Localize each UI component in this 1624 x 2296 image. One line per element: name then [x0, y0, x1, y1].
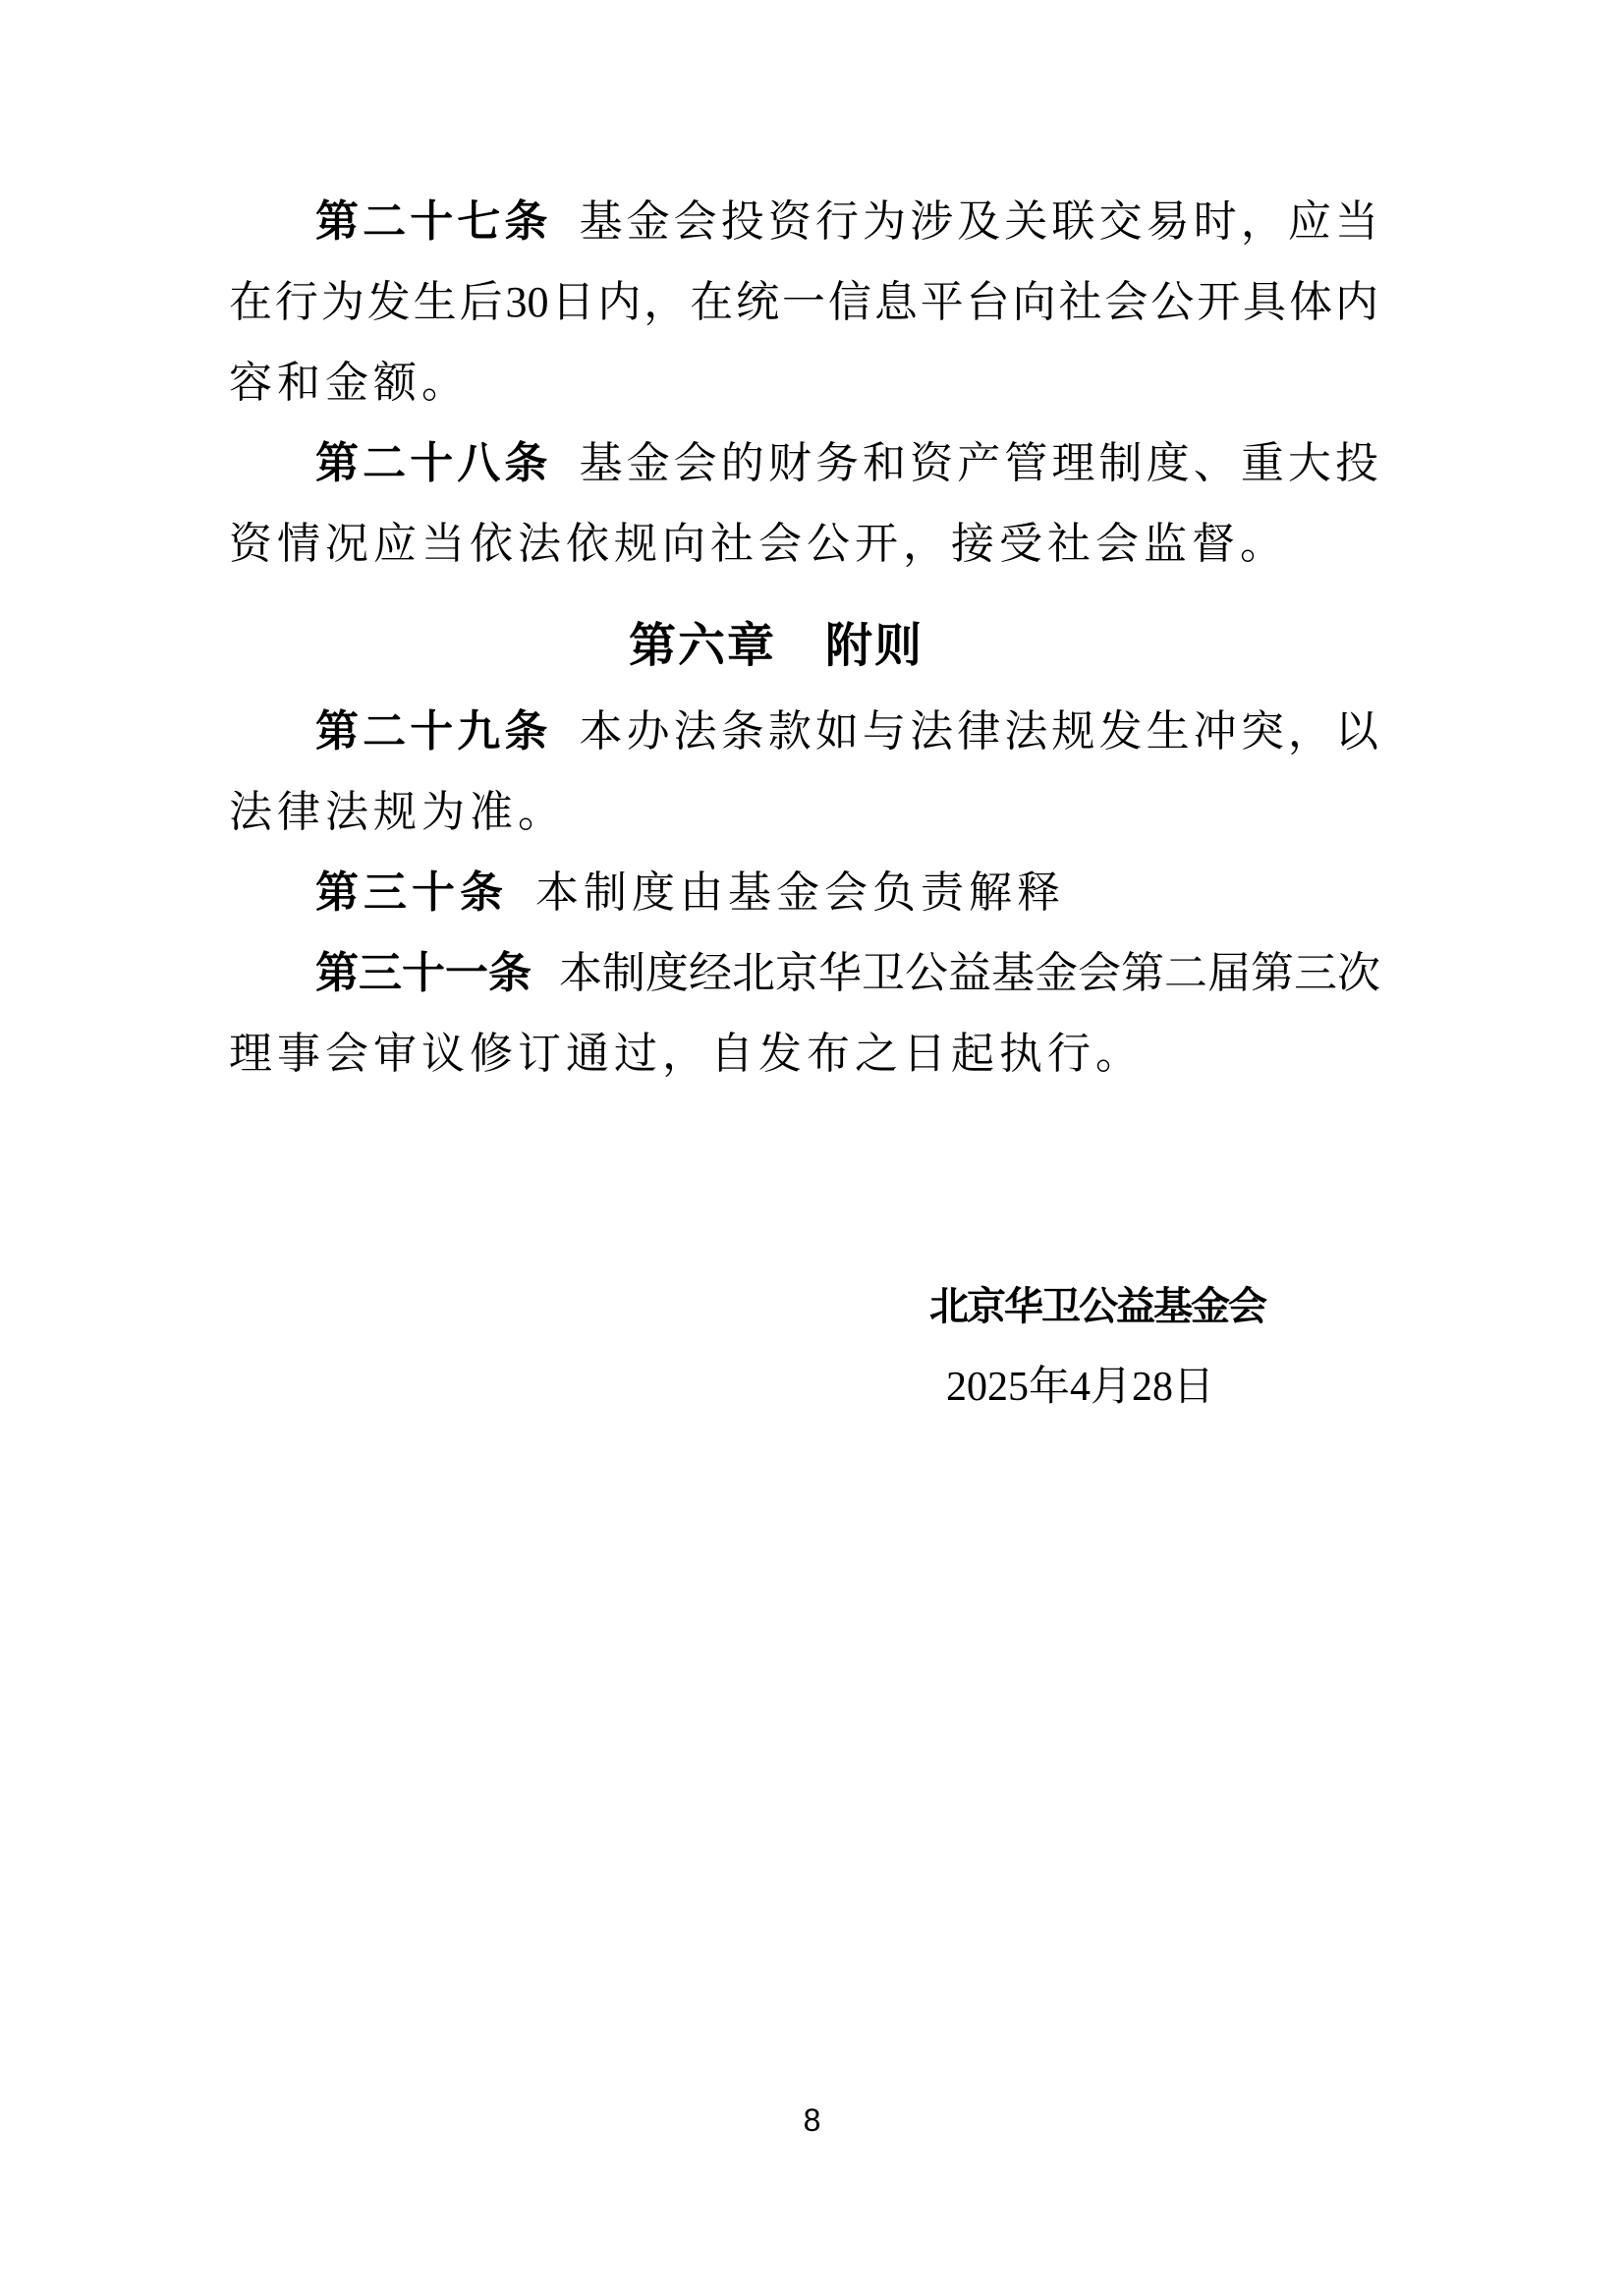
line-text: 法律法规为准。	[229, 788, 566, 836]
document-line: 第二十七条基金会投资行为涉及关联交易时，应当	[229, 182, 1378, 262]
signature-date: 2025年4月28日	[229, 1347, 1378, 1428]
line-text: 本制度经北京华卫公益基金会第二届第三次	[559, 949, 1380, 997]
article-term: 第三十一条	[315, 949, 532, 997]
article-term: 第三十条	[315, 868, 508, 917]
article-term: 第二十八条	[315, 439, 551, 487]
line-text: 本办法条款如与法律法规发生冲突，以	[579, 707, 1378, 756]
page-number: 8	[0, 2100, 1624, 2140]
signature-organization: 北京华卫公益基金会	[229, 1266, 1378, 1347]
document-page: 第二十七条基金会投资行为涉及关联交易时，应当 在行为发生后30日内，在统一信息平…	[0, 0, 1624, 2296]
document-line: 第二十八条基金会的财务和资产管理制度、重大投	[229, 423, 1378, 504]
document-line: 理事会审议修订通过，自发布之日起执行。	[229, 1014, 1378, 1094]
document-line: 第二十九条本办法条款如与法律法规发生冲突，以	[229, 692, 1378, 772]
line-text: 在行为发生后30日内，在统一信息平台向社会公开具体内	[229, 278, 1378, 326]
document-line: 容和金额。	[229, 343, 1378, 423]
chapter-heading: 第六章 附则	[201, 606, 1351, 687]
document-line: 法律法规为准。	[229, 772, 1378, 853]
line-text: 本制度由基金会负责解释	[535, 868, 1065, 917]
line-text: 基金会的财务和资产管理制度、重大投	[579, 439, 1378, 487]
document-line: 第三十一条本制度经北京华卫公益基金会第二届第三次	[229, 933, 1378, 1014]
line-text: 容和金额。	[229, 359, 470, 407]
line-text: 基金会投资行为涉及关联交易时，应当	[579, 197, 1378, 246]
document-line: 在行为发生后30日内，在统一信息平台向社会公开具体内	[229, 262, 1378, 343]
line-text: 理事会审议修订通过，自发布之日起执行。	[229, 1030, 1144, 1078]
article-term: 第二十七条	[315, 197, 551, 246]
document-line: 资情况应当依法依规向社会公开，接受社会监督。	[229, 504, 1378, 585]
line-text: 资情况应当依法依规向社会公开，接受社会监督。	[229, 520, 1288, 568]
document-line: 第三十条本制度由基金会负责解释	[229, 853, 1378, 933]
article-term: 第二十九条	[315, 707, 551, 756]
document-body: 第二十七条基金会投资行为涉及关联交易时，应当 在行为发生后30日内，在统一信息平…	[229, 182, 1378, 1428]
